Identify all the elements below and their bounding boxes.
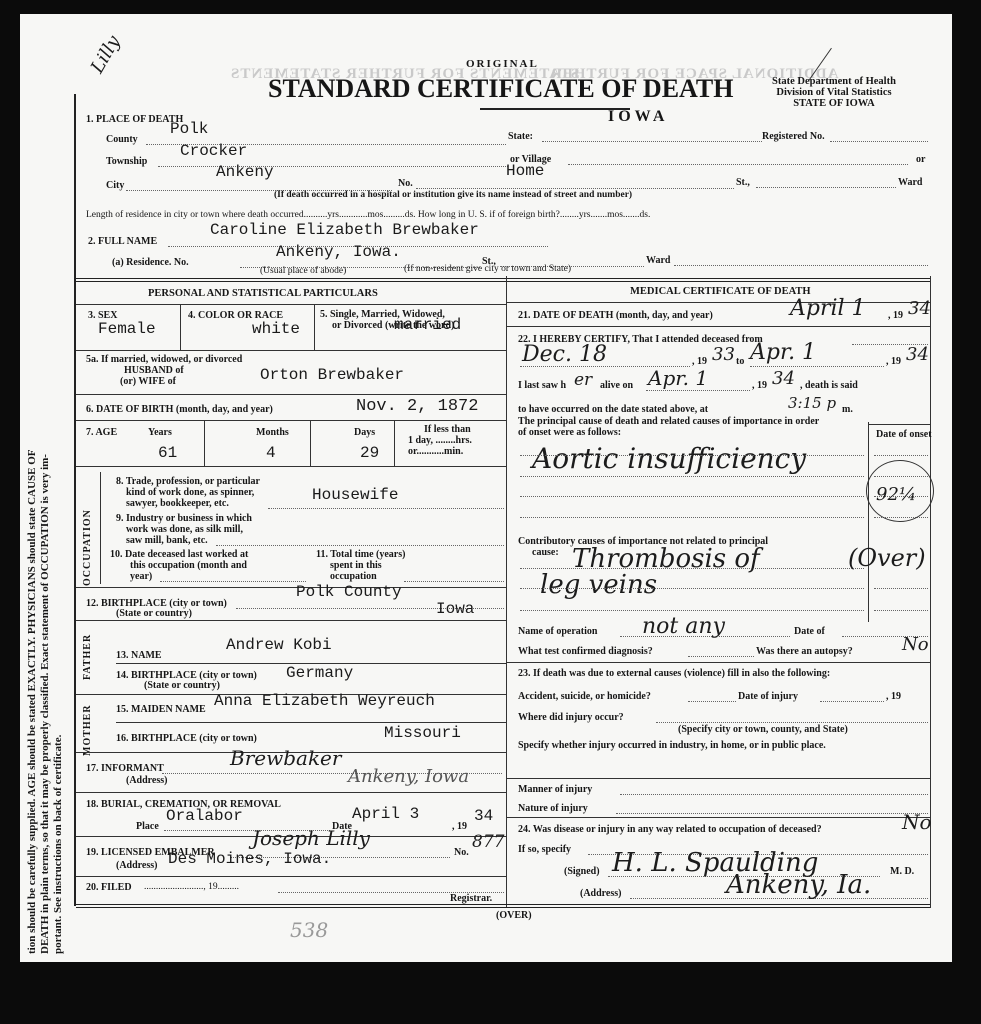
trade-value: Housewife xyxy=(312,486,398,504)
side-line-1: tion should be carefully supplied. AGE s… xyxy=(26,450,39,955)
file-number: 538 xyxy=(290,918,328,942)
row-rule-6 xyxy=(76,620,506,621)
full-name-label: 2. FULL NAME xyxy=(88,236,157,247)
embalmer-no-label: No. xyxy=(454,847,469,858)
md-label: M. D. xyxy=(890,866,914,877)
cause-line-1 xyxy=(520,455,864,456)
industry-line xyxy=(216,545,504,546)
external-label: 23. If death was due to external causes … xyxy=(518,668,830,679)
totaltime-label-3: occupation xyxy=(330,571,377,582)
embalmer-address-label: (Address) xyxy=(116,860,157,871)
residence-value: Ankeny, Iowa. xyxy=(276,243,401,261)
signed-label: (Signed) xyxy=(564,866,600,877)
father-name-label: 13. NAME xyxy=(116,650,162,661)
totaltime-label-1: 11. Total time (years) xyxy=(316,549,405,560)
where-line xyxy=(656,722,928,723)
onset-line-1 xyxy=(874,455,928,456)
death-said-label: , death is said xyxy=(800,380,858,391)
trade-line xyxy=(268,508,504,509)
test-line xyxy=(688,656,754,657)
autopsy-label: Was there an autopsy? xyxy=(756,646,853,657)
state-label: State: xyxy=(508,131,533,142)
dob-label: 6. DATE OF BIRTH (month, day, and year) xyxy=(86,404,273,415)
months-label: Months xyxy=(256,427,289,438)
lastworked-label-3: year) xyxy=(130,571,152,582)
ward-line xyxy=(756,187,896,188)
residence-label: (a) Residence. No. xyxy=(112,257,189,268)
informant-address-label: (Address) xyxy=(126,775,167,786)
industry-label-2: work was done, as silk mill, xyxy=(126,524,243,535)
autopsy-value: No xyxy=(902,634,929,655)
age-years-value: 61 xyxy=(158,444,177,462)
filed-label: 20. FILED xyxy=(86,882,132,893)
ifso-label: If so, specify xyxy=(518,844,571,855)
less-than-2: 1 day, ........hrs. xyxy=(408,435,472,446)
industry-label-1: 9. Industry or business in which xyxy=(116,513,252,524)
alive-on-line xyxy=(646,390,750,391)
years-divider xyxy=(204,420,205,466)
row-rule-1 xyxy=(76,350,506,351)
divider-top xyxy=(76,278,930,282)
manner-line xyxy=(620,794,928,795)
years-label: Years xyxy=(148,427,172,438)
occurred-label: to have occurred on the date stated abov… xyxy=(518,404,708,415)
lastsaw-label: I last saw h xyxy=(518,380,566,391)
accident-label: Accident, suicide, or homicide? xyxy=(518,691,651,702)
occupation-bracket xyxy=(100,472,101,584)
age-months-value: 4 xyxy=(266,444,276,462)
burial-year-value: 34 xyxy=(474,807,493,825)
street-line xyxy=(416,188,734,189)
hospital-note: (If death occurred in a hospital or inst… xyxy=(274,190,632,200)
physician-address-value: Ankeny, Ia. xyxy=(726,870,871,900)
contrib-line-1 xyxy=(520,568,864,569)
state-line xyxy=(542,141,762,142)
principal-cause-value: Aortic insufficiency xyxy=(532,442,806,475)
embalmer-no-value: 877 xyxy=(472,832,504,852)
dod-rule xyxy=(506,326,930,327)
alive-year-prefix: , 19 xyxy=(752,380,767,391)
onset-column-divider xyxy=(868,422,869,622)
nonresident-note: (If non-resident give city or town and S… xyxy=(404,264,571,274)
autopsy-rule xyxy=(506,662,930,663)
certificate-title: STANDARD CERTIFICATE OF DEATH xyxy=(268,74,733,104)
onset-line-6 xyxy=(874,610,928,611)
attended-to-value: Apr. 1 xyxy=(750,340,816,365)
father-birthplace-value: Germany xyxy=(286,664,353,682)
race-divider xyxy=(314,304,315,350)
mother-side-label: MOTHER xyxy=(82,704,93,756)
burial-date-value: April 3 xyxy=(352,805,419,823)
lastsaw-pronoun: er xyxy=(574,370,592,390)
marital-value: married xyxy=(394,316,461,334)
city-label: City xyxy=(106,180,124,191)
row-rule-4 xyxy=(76,466,506,467)
or-label: or xyxy=(916,154,925,165)
row-rule-5 xyxy=(76,587,506,588)
to-year-prefix: , 19 xyxy=(886,356,901,367)
st-label: St., xyxy=(736,177,750,188)
lastworked-line xyxy=(160,581,306,582)
row-rule-9 xyxy=(76,792,506,793)
age-days-value: 29 xyxy=(360,444,379,462)
specify-label: Specify whether injury occurred in indus… xyxy=(518,740,826,751)
occupation-related-label: 24. Was disease or injury in any way rel… xyxy=(518,824,822,835)
informant-address-value: Ankeny, Iowa xyxy=(348,766,469,787)
days-divider xyxy=(394,420,395,466)
no-label: No. xyxy=(398,178,413,189)
less-than-1: If less than xyxy=(424,424,471,435)
death-certificate-page: tion should be carefully supplied. AGE s… xyxy=(20,14,952,962)
attended-to-line xyxy=(750,366,884,367)
embalmer-address-value: Des Moines, Iowa. xyxy=(168,850,331,868)
registered-label: Registered No. xyxy=(762,131,825,142)
where-note: (Specify city or town, county, and State… xyxy=(678,724,848,735)
row-rule-3 xyxy=(76,420,506,421)
onset-label: Date of onset xyxy=(876,429,932,440)
father-side-label: FATHER xyxy=(82,634,93,680)
agency-block: State Department of Health Division of V… xyxy=(772,76,896,109)
abode-note: (Usual place of abode) xyxy=(260,266,346,276)
totaltime-label-2: spent in this xyxy=(330,560,382,571)
residence-ward-label: Ward xyxy=(646,255,670,266)
corner-annotation: Lilly xyxy=(87,32,125,77)
agency-line-1: State Department of Health xyxy=(772,76,896,87)
spouse-value: Orton Brewbaker xyxy=(260,366,404,384)
specify-rule xyxy=(506,778,930,779)
side-instructions: tion should be carefully supplied. AGE s… xyxy=(26,450,65,955)
state-title: IOWA xyxy=(608,108,668,126)
spouse-label-1: 5a. If married, widowed, or divorced xyxy=(86,354,242,365)
divider-bottom xyxy=(76,904,930,908)
length-of-residence: Length of residence in city or town wher… xyxy=(86,210,650,220)
street-value: Home xyxy=(506,162,544,180)
industry-label-3: saw mill, bank, etc. xyxy=(126,535,208,546)
onset-line-5 xyxy=(874,588,928,589)
agency-line-2: Division of Vital Statistics xyxy=(772,87,896,98)
embalmer-value: Joseph Lilly xyxy=(252,826,370,850)
father-name-value: Andrew Kobi xyxy=(226,636,332,654)
alive-label: alive on xyxy=(600,380,633,391)
trade-label-1: 8. Trade, profession, or particular xyxy=(116,476,260,487)
informant-value: Brewbaker xyxy=(230,746,341,770)
lastworked-label-2: this occupation (month and xyxy=(130,560,247,571)
father-birthplace-label-2: (State or country) xyxy=(144,680,220,691)
attended-from-value: Dec. 18 xyxy=(522,342,607,367)
totaltime-line xyxy=(404,581,504,582)
personal-heading: PERSONAL AND STATISTICAL PARTICULARS xyxy=(148,288,378,299)
side-line-3: portant. See instructions on back of cer… xyxy=(52,450,65,955)
birthplace-city-value: Polk County xyxy=(296,583,402,601)
injury-date-label: Date of injury xyxy=(738,691,798,702)
age-label: 7. AGE xyxy=(86,427,117,438)
contrib-line-2 xyxy=(520,588,864,589)
medical-heading: MEDICAL CERTIFICATE OF DEATH xyxy=(630,286,811,297)
township-value: Crocker xyxy=(180,142,247,160)
m-label: m. xyxy=(842,404,853,415)
mother-name-rule xyxy=(116,722,506,723)
registrar-label: Registrar. xyxy=(450,893,492,904)
birthplace-label-2: (State or country) xyxy=(116,608,192,619)
county-value: Polk xyxy=(170,120,208,138)
cause-line-3 xyxy=(520,496,864,497)
contrib-line-3 xyxy=(520,610,864,611)
less-than-3: or...........min. xyxy=(408,446,463,457)
operation-line xyxy=(620,636,790,637)
accident-line xyxy=(688,701,736,702)
spouse-label-3: (or) WIFE of xyxy=(120,376,176,387)
place-of-death-label: 1. PLACE OF DEATH xyxy=(86,114,183,125)
contributory-line2-value: leg veins xyxy=(540,570,657,600)
to-label: to xyxy=(736,356,744,367)
operation-date-label: Date of xyxy=(794,626,825,637)
county-label: County xyxy=(106,134,138,145)
township-line xyxy=(158,166,508,167)
from-year-value: 33 xyxy=(712,344,735,365)
operation-label: Name of operation xyxy=(518,626,597,637)
township-label: Township xyxy=(106,156,147,167)
residence-ward-line xyxy=(674,265,928,266)
dod-value: April 1 xyxy=(790,296,866,321)
injury-year-label: , 19 xyxy=(886,691,901,702)
months-divider xyxy=(310,420,311,466)
test-label: What test confirmed diagnosis? xyxy=(518,646,653,657)
village-line xyxy=(568,164,908,165)
registered-line xyxy=(830,141,928,142)
principal-label-1: The principal cause of death and related… xyxy=(518,416,819,427)
medical-heading-rule xyxy=(506,302,930,303)
lastworked-label-1: 10. Date deceased last worked at xyxy=(110,549,248,560)
side-line-2: DEATH in plain terms, so that it may be … xyxy=(39,450,52,955)
informant-label: 17. INFORMANT xyxy=(86,763,164,774)
sex-divider xyxy=(180,304,181,350)
where-label: Where did injury occur? xyxy=(518,712,624,723)
nature-label: Nature of injury xyxy=(518,803,588,814)
trade-label-2: kind of work done, as spinner, xyxy=(126,487,254,498)
dod-year-value: 34 xyxy=(908,298,931,319)
nature-line xyxy=(616,813,928,814)
agency-line-3: STATE OF IOWA xyxy=(772,98,896,109)
onset-top-rule xyxy=(868,424,930,425)
filed-line: ........................., 19......... xyxy=(144,882,239,892)
occupation-side-label: OCCUPATION xyxy=(82,509,93,586)
mother-name-label: 15. MAIDEN NAME xyxy=(116,704,206,715)
full-name-value: Caroline Elizabeth Brewbaker xyxy=(210,221,479,239)
personal-heading-rule xyxy=(76,304,506,305)
manner-label: Manner of injury xyxy=(518,784,592,795)
cause-line-4 xyxy=(520,517,864,518)
alive-on-value: Apr. 1 xyxy=(648,366,708,390)
principal-label-2: of onset were as follows: xyxy=(518,427,621,438)
dod-year-prefix: , 19 xyxy=(888,310,903,321)
trade-label-3: sawyer, bookkeeper, etc. xyxy=(126,498,229,509)
ward-label: Ward xyxy=(898,177,922,188)
birthplace-state-value: Iowa xyxy=(436,600,474,618)
mother-name-value: Anna Elizabeth Weyreuch xyxy=(214,692,435,710)
center-divider xyxy=(506,276,507,908)
days-label: Days xyxy=(354,427,375,438)
circled-note: 92¼ xyxy=(876,484,916,505)
spouse-label-2: HUSBAND of xyxy=(124,365,184,376)
city-value: Ankeny xyxy=(216,163,274,181)
burial-year-prefix: , 19 xyxy=(452,821,467,832)
mother-birthplace-value: Missouri xyxy=(384,724,461,742)
physician-address-label: (Address) xyxy=(580,888,621,899)
over-label: (OVER) xyxy=(496,910,532,921)
to-year-value: 34 xyxy=(906,344,929,365)
sex-value: Female xyxy=(98,320,156,338)
burial-place-label: Place xyxy=(136,821,159,832)
left-border xyxy=(74,94,76,906)
original-label: ORIGINAL xyxy=(466,58,539,70)
dob-value: Nov. 2, 1872 xyxy=(356,397,478,416)
contributory-label-2: cause: xyxy=(532,547,559,558)
burial-place-value: Oralabor xyxy=(166,807,243,825)
dod-label: 21. DATE OF DEATH (month, day, and year) xyxy=(518,310,713,321)
cause-line-2 xyxy=(520,476,864,477)
injury-date-line xyxy=(820,701,884,702)
race-value: white xyxy=(252,320,300,338)
time-value: 3:15 p xyxy=(788,394,836,412)
row-rule-11 xyxy=(76,876,506,877)
occupation-related-value: No xyxy=(902,810,932,834)
row-rule-2 xyxy=(76,394,506,395)
nature-rule xyxy=(506,817,930,818)
alive-year-value: 34 xyxy=(772,368,795,389)
mother-birthplace-label: 16. BIRTHPLACE (city or town) xyxy=(116,733,257,744)
